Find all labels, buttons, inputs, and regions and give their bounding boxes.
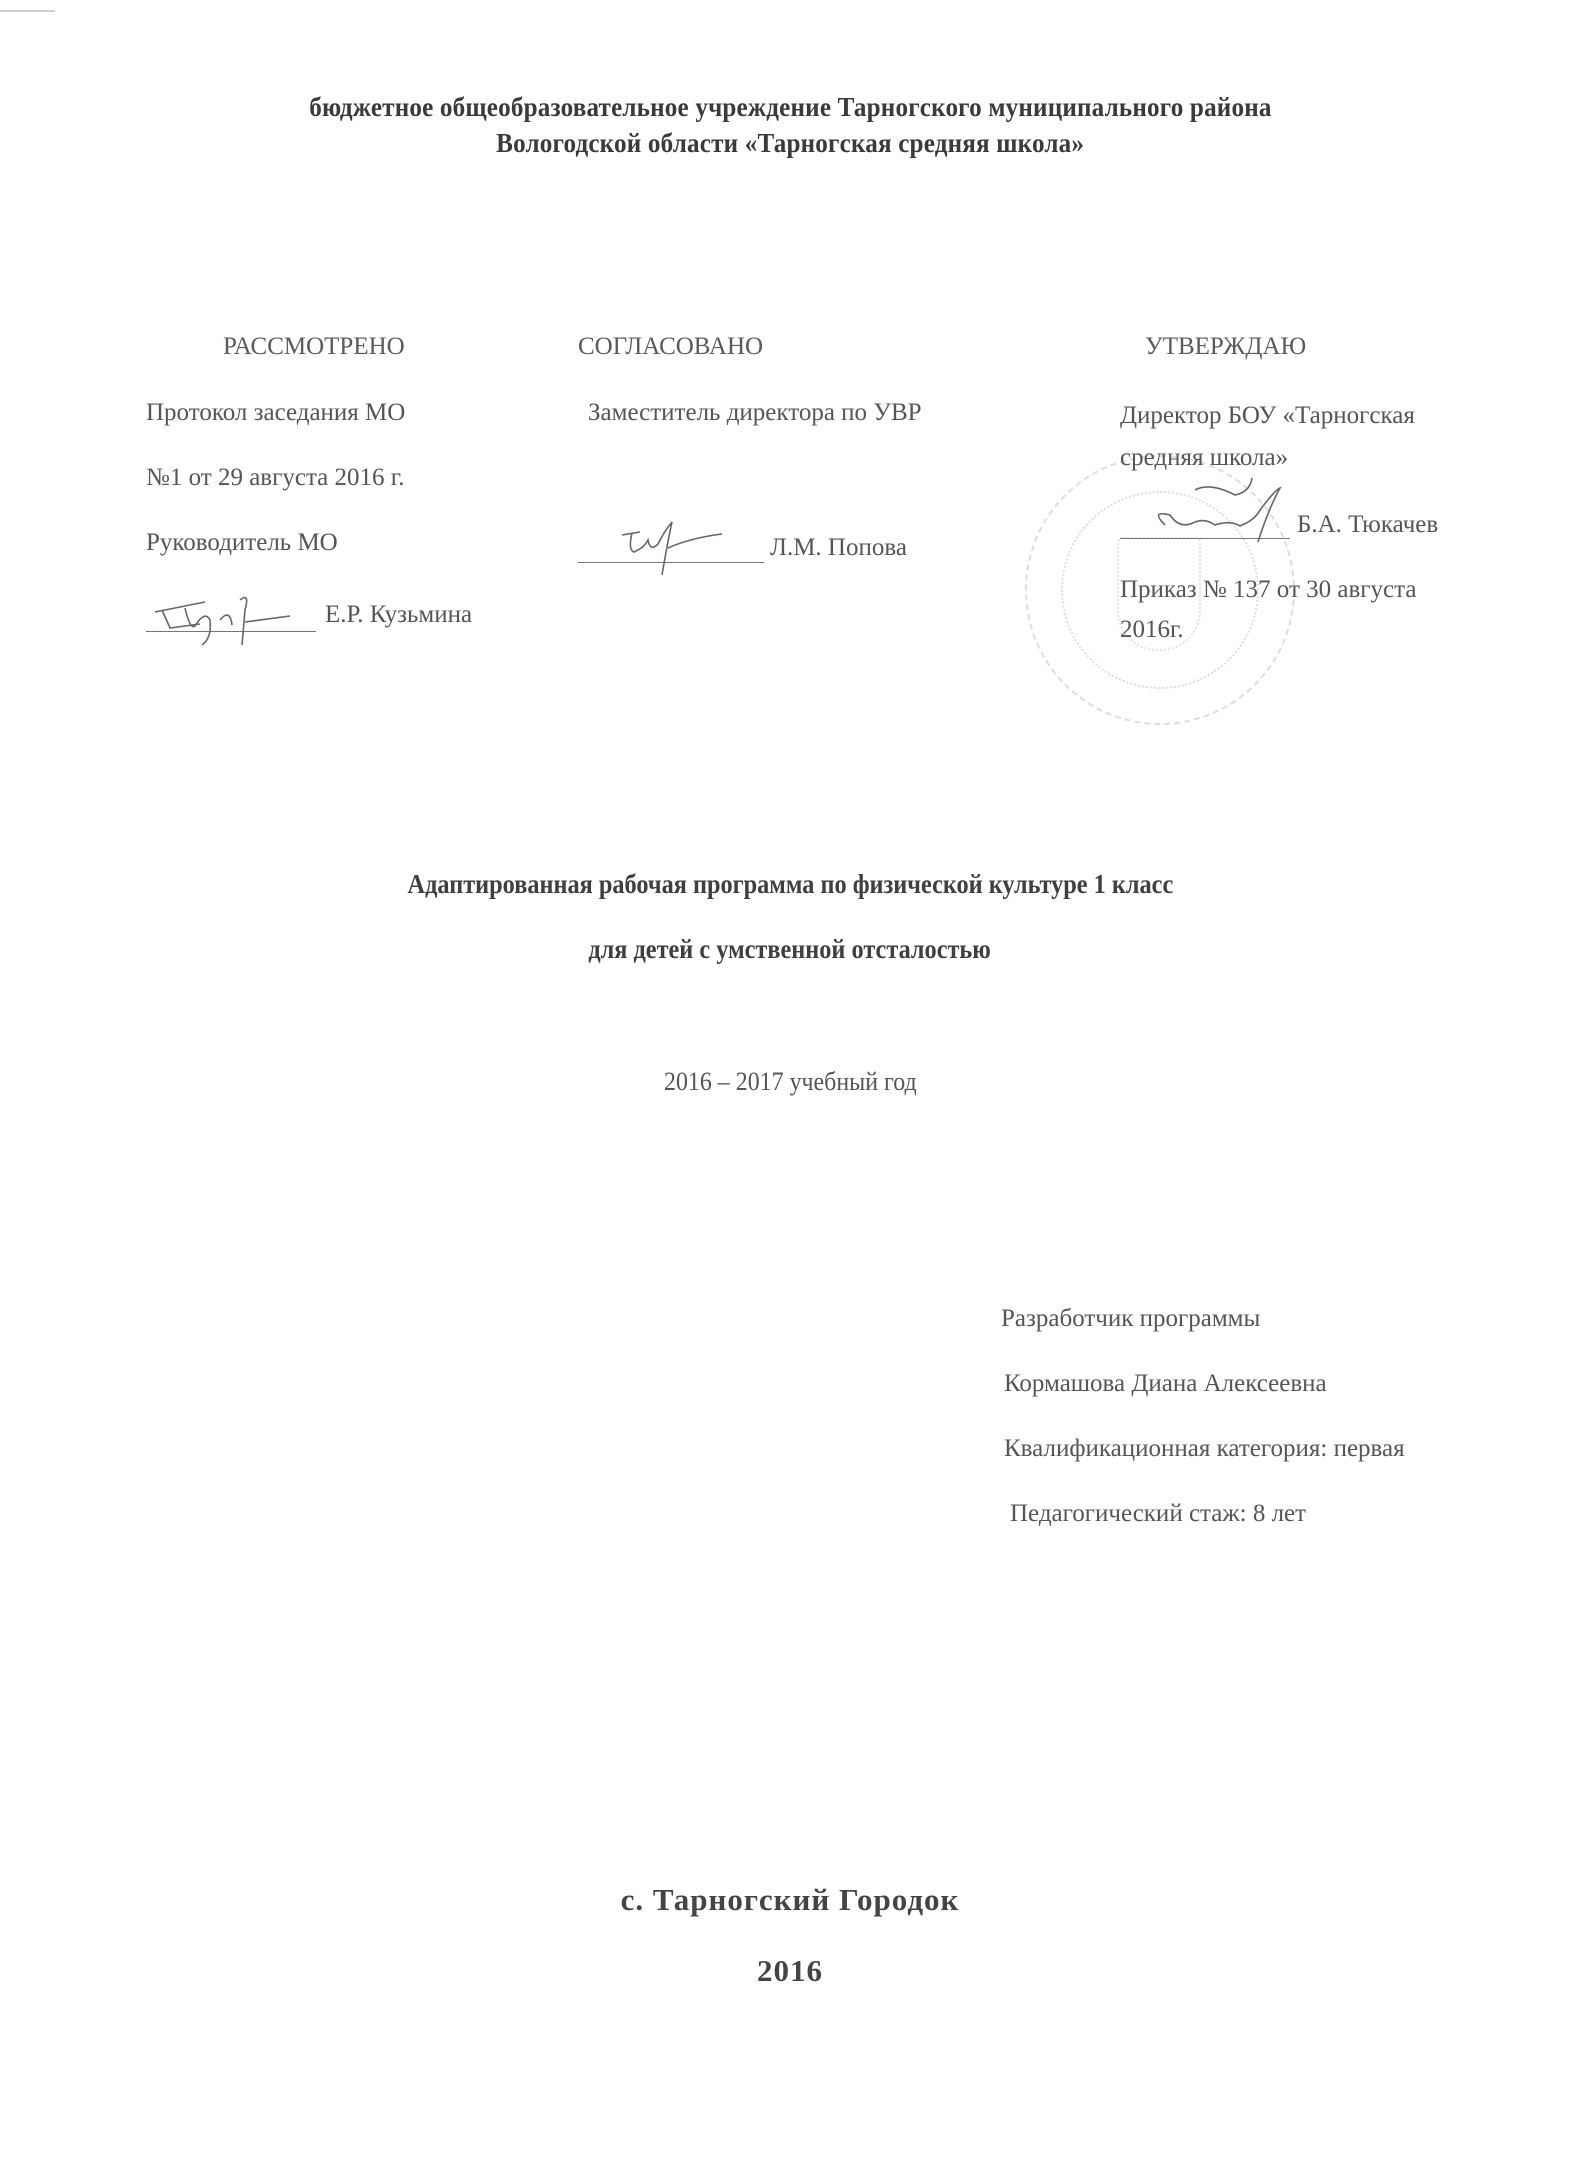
signature-icon	[610, 520, 740, 585]
institution-name-line1: бюджетное общеобразовательное учреждение…	[0, 92, 1580, 123]
agreed-heading: СОГЛАСОВАНО	[578, 333, 763, 361]
developer-category: Квалификационная категория: первая	[1004, 1435, 1405, 1463]
approved-position-line2: средняя школа»	[1120, 445, 1288, 470]
developer-name: Кормашова Диана Алексеевна	[1004, 1370, 1327, 1398]
considered-protocol-number: №1 от 29 августа 2016 г.	[146, 465, 404, 490]
place-name: с. Тарногский Городок	[0, 1882, 1580, 1918]
document-title-line1: Адаптированная рабочая программа по физи…	[0, 869, 1580, 900]
considered-protocol: Протокол заседания МО	[146, 400, 405, 425]
document-title-line2: для детей с умственной отсталостью	[0, 934, 1580, 965]
developer-label: Разработчик программы	[1001, 1305, 1260, 1333]
approved-order: Приказ № 137 от 30 августа	[1120, 577, 1416, 602]
approved-heading: УТВЕРЖДАЮ	[1145, 333, 1306, 361]
signature-icon	[150, 590, 300, 650]
academic-year: 2016 – 2017 учебный год	[0, 1067, 1580, 1097]
signature-icon	[1140, 470, 1300, 555]
considered-heading: РАССМОТРЕНО	[223, 333, 405, 361]
approved-order-date: 2016г.	[1120, 617, 1184, 642]
approved-signer: Б.А. Тюкачев	[1297, 512, 1438, 537]
agreed-position: Заместитель директора по УВР	[588, 400, 922, 425]
agreed-signer: Л.М. Попова	[770, 535, 907, 560]
institution-name-line2: Вологодской области «Тарногская средняя …	[0, 128, 1580, 159]
considered-signer: Е.Р. Кузьмина	[325, 602, 472, 627]
developer-experience: Педагогический стаж: 8 лет	[1010, 1500, 1306, 1528]
scan-artifact-line	[0, 10, 55, 12]
approved-position-line1: Директор БОУ «Тарногская	[1120, 403, 1415, 428]
footer-year: 2016	[0, 1953, 1580, 1989]
considered-head-title: Руководитель МО	[146, 530, 338, 555]
